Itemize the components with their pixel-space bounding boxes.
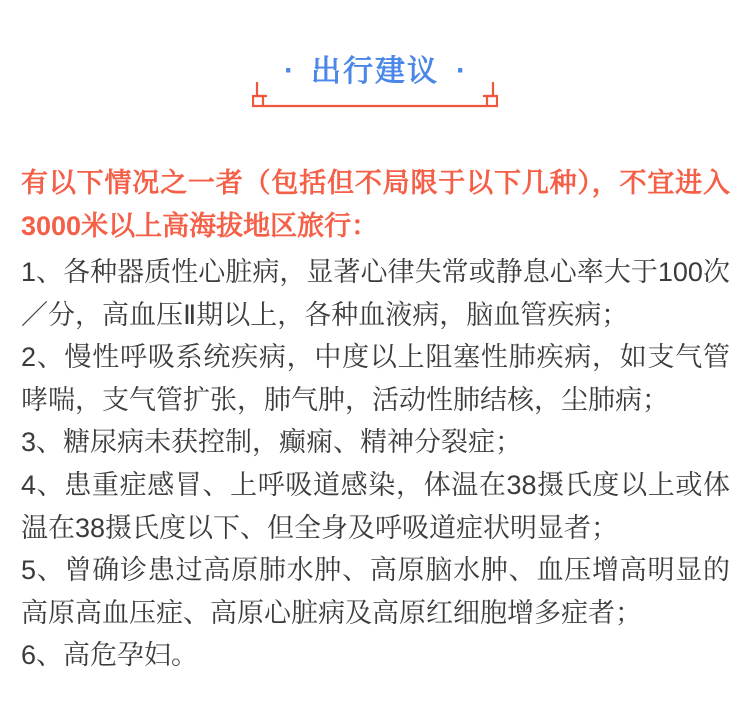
divider-right-square (487, 96, 497, 106)
condition-item-5: 5、曾确诊患过高原肺水肿、高原脑水肿、血压增高明显的高原高血压症、高原心脏病及高… (21, 549, 730, 634)
title-left-dot: · (284, 55, 294, 87)
article-page: · 出行建议 · 有以下情况之一者（包括但不局限于以下几种），不宜进入3000米… (0, 0, 750, 708)
condition-item-2: 2、慢性呼吸系统疾病，中度以上阻塞性肺疾病，如支气管哮喘，支气管扩张，肺气肿，活… (21, 336, 730, 421)
condition-item-6: 6、高危孕妇。 (21, 634, 730, 677)
warning-text: 有以下情况之一者（包括但不局限于以下几种），不宜进入3000米以上高海拔地区旅行… (21, 162, 730, 247)
page-title: 出行建议 (311, 56, 439, 88)
condition-item-4: 4、患重症感冒、上呼吸道感染，体温在38摄氏度以上或体温在38摄氏度以下、但全身… (21, 464, 730, 549)
condition-item-1: 1、各种器质性心脏病，显著心律失常或静息心率大于100次／分，高血压Ⅱ期以上，各… (21, 251, 730, 336)
section-title-row: · 出行建议 · (0, 56, 750, 88)
section-header: · 出行建议 · (0, 0, 750, 110)
article-body: 有以下情况之一者（包括但不局限于以下几种），不宜进入3000米以上高海拔地区旅行… (0, 162, 750, 677)
condition-item-3: 3、糖尿病未获控制，癫痫、精神分裂症； (21, 421, 730, 464)
title-right-dot: · (456, 55, 466, 87)
divider-right-bracket (483, 82, 493, 96)
divider-left-bracket (257, 82, 267, 96)
divider-left-square (253, 96, 263, 106)
